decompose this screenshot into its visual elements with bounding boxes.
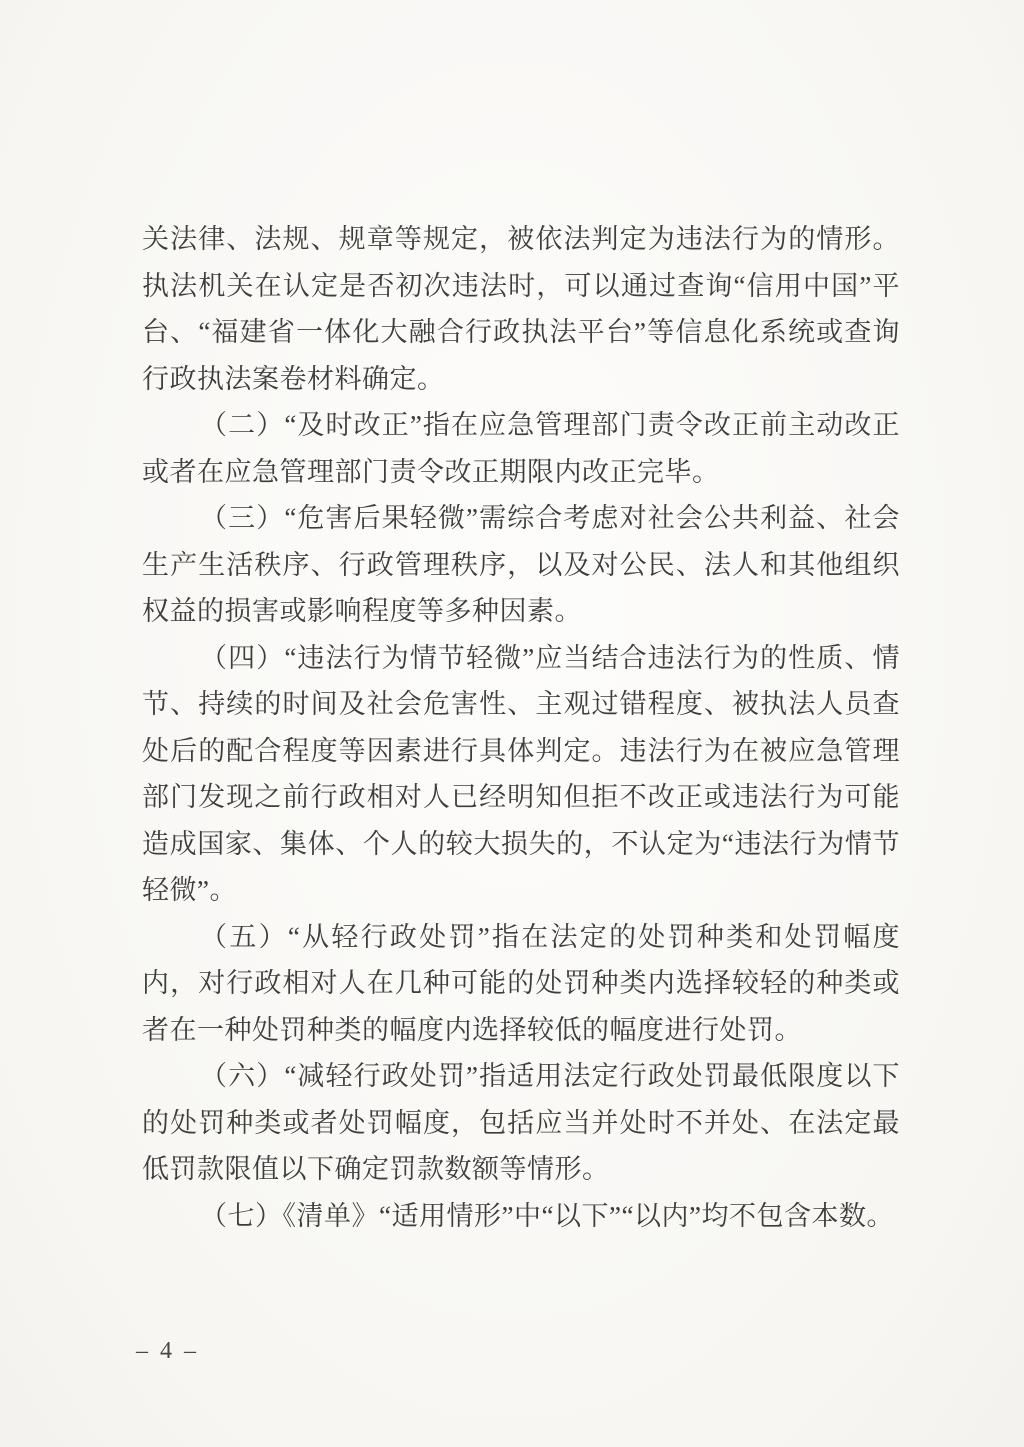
document-page: { "page": { "paper_color": "#fbfaf7", "t…: [0, 0, 1024, 1447]
paragraph-item-2: （二）“及时改正”指在应急管理部门责令改正前主动改正或者在应急管理部门责令改正期…: [142, 402, 900, 495]
paragraph-item-3: （三）“危害后果轻微”需综合考虑对社会公共利益、社会生产生活秩序、行政管理秩序，…: [142, 495, 900, 635]
paragraph-continuation: 关法律、法规、规章等规定，被依法判定为违法行为的情形。执法机关在认定是否初次违法…: [142, 216, 900, 402]
paragraph-item-4: （四）“违法行为情节轻微”应当结合违法行为的性质、情节、持续的时间及社会危害性、…: [142, 635, 900, 914]
paragraph-item-5: （五）“从轻行政处罚”指在法定的处罚种类和处罚幅度内，对行政相对人在几种可能的处…: [142, 914, 900, 1054]
paragraph-item-7: （七）《清单》“适用情形”中“以下”“以内”均不包含本数。: [142, 1193, 900, 1240]
document-body: 关法律、法规、规章等规定，被依法判定为违法行为的情形。执法机关在认定是否初次违法…: [142, 216, 900, 1239]
paragraph-item-6: （六）“减轻行政处罚”指适用法定行政处罚最低限度以下的处罚种类或者处罚幅度，包括…: [142, 1053, 900, 1193]
page-number: – 4 –: [136, 1336, 199, 1366]
